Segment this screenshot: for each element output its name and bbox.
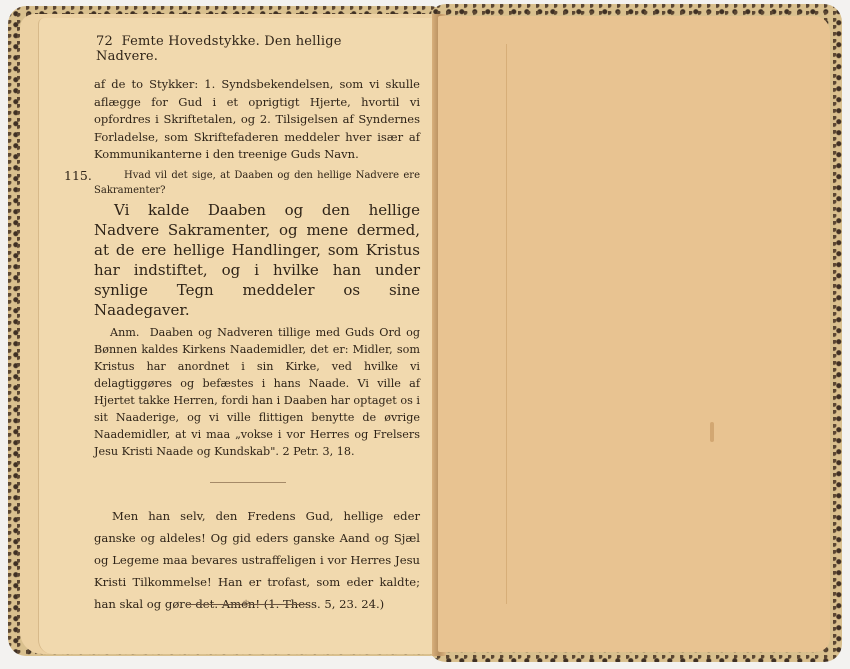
question-block: 115. Hvad vil det sige, at Daaben og den… — [58, 168, 398, 320]
continuation-paragraph: af de to Stykker: 1. Syndsbekendelsen, s… — [94, 76, 420, 164]
right-page-blank — [438, 16, 830, 652]
closing-verse: Men han selv, den Fredens Gud, hellige e… — [94, 505, 420, 615]
note-label: Anm. — [110, 326, 139, 339]
note-text: Daaben og Nadveren tillige med Guds Ord … — [94, 326, 420, 458]
left-page-text: 72 Femte Hovedstykke. Den hellige Nadver… — [58, 22, 398, 615]
answer-text: Vi kalde Daaben og den hellige Nadvere S… — [94, 200, 420, 320]
chapter-title: Femte Hovedstykke. Den hellige Nadvere. — [96, 34, 342, 64]
page-number: 72 — [96, 34, 113, 49]
ornament-icon: ⁜ — [242, 599, 250, 610]
right-page-crease — [710, 422, 714, 442]
question-text: Hvad vil det sige, at Daaben og den hell… — [94, 168, 420, 198]
ornament-line-left — [186, 604, 242, 605]
note-block: Anm. Daaben og Nadveren tillige med Guds… — [94, 324, 420, 460]
question-number: 115. — [64, 168, 92, 183]
section-divider — [210, 482, 286, 483]
tailpiece-ornament: ⁜ — [186, 600, 306, 608]
right-page-fold-line — [506, 44, 507, 604]
ornament-line-right — [250, 604, 306, 605]
open-book: 72 Femte Hovedstykke. Den hellige Nadver… — [8, 4, 844, 664]
running-head: 72 Femte Hovedstykke. Den hellige Nadver… — [96, 34, 398, 64]
